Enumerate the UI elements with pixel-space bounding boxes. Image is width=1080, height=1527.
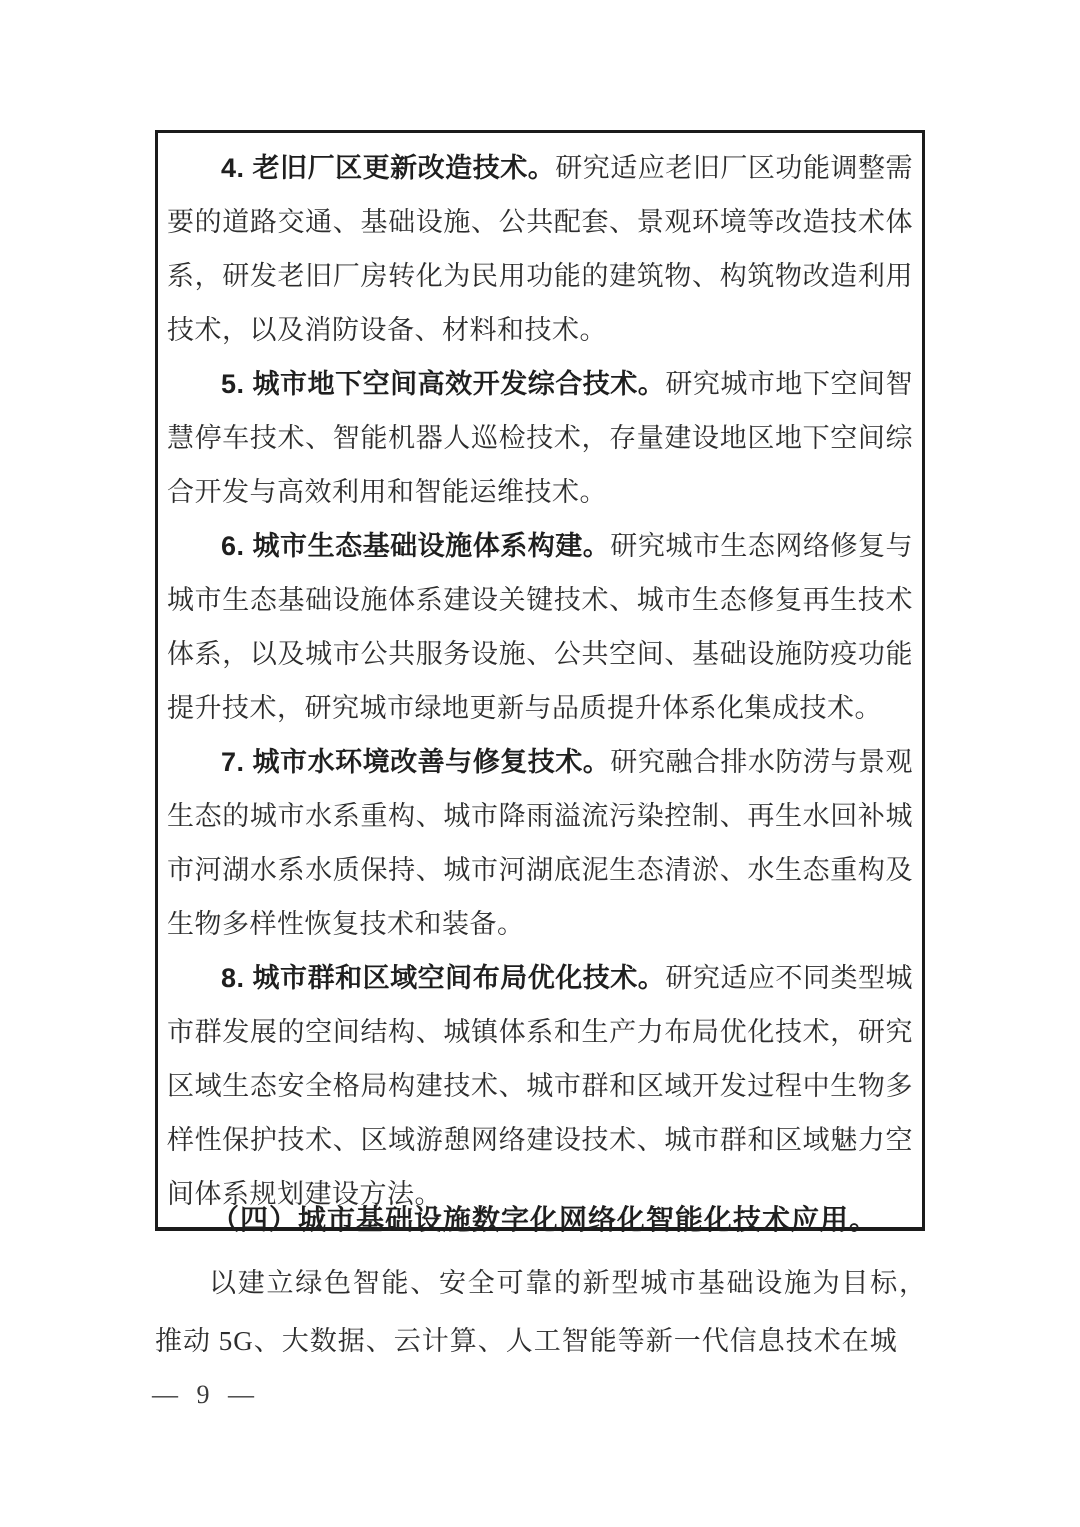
numbered-item-4: 4. 老旧厂区更新改造技术。研究适应老旧厂区功能调整需要的道路交通、基础设施、公… [167,141,913,357]
page-number: — 9 — [152,1378,260,1412]
item-4-title: 4. 老旧厂区更新改造技术。 [221,153,555,183]
section-heading: （四）城市基础设施数字化网络化智能化技术应用。 [155,1192,927,1250]
numbered-item-7: 7. 城市水环境改善与修复技术。研究融合排水防涝与景观生态的城市水系重构、城市降… [167,735,913,951]
item-8-title: 8. 城市群和区域空间布局优化技术。 [221,963,665,993]
numbered-item-6: 6. 城市生态基础设施体系构建。研究城市生态网络修复与城市生态基础设施体系建设关… [167,519,913,735]
item-7-title: 7. 城市水环境改善与修复技术。 [221,747,610,777]
closing-paragraph: 以建立绿色智能、安全可靠的新型城市基础设施为目标，推动 5G、大数据、云计算、人… [155,1254,927,1370]
item-5-title: 5. 城市地下空间高效开发综合技术。 [221,369,665,399]
section-four-block: （四）城市基础设施数字化网络化智能化技术应用。 以建立绿色智能、安全可靠的新型城… [155,1192,927,1370]
numbered-item-5: 5. 城市地下空间高效开发综合技术。研究城市地下空间智慧停车技术、智能机器人巡检… [167,357,913,519]
item-6-title: 6. 城市生态基础设施体系构建。 [221,531,610,561]
item-8-body: 研究适应不同类型城市群发展的空间结构、城镇体系和生产力布局优化技术，研究区域生态… [167,963,913,1209]
bordered-text-box: 4. 老旧厂区更新改造技术。研究适应老旧厂区功能调整需要的道路交通、基础设施、公… [155,130,925,1231]
numbered-item-8: 8. 城市群和区域空间布局优化技术。研究适应不同类型城市群发展的空间结构、城镇体… [167,951,913,1221]
